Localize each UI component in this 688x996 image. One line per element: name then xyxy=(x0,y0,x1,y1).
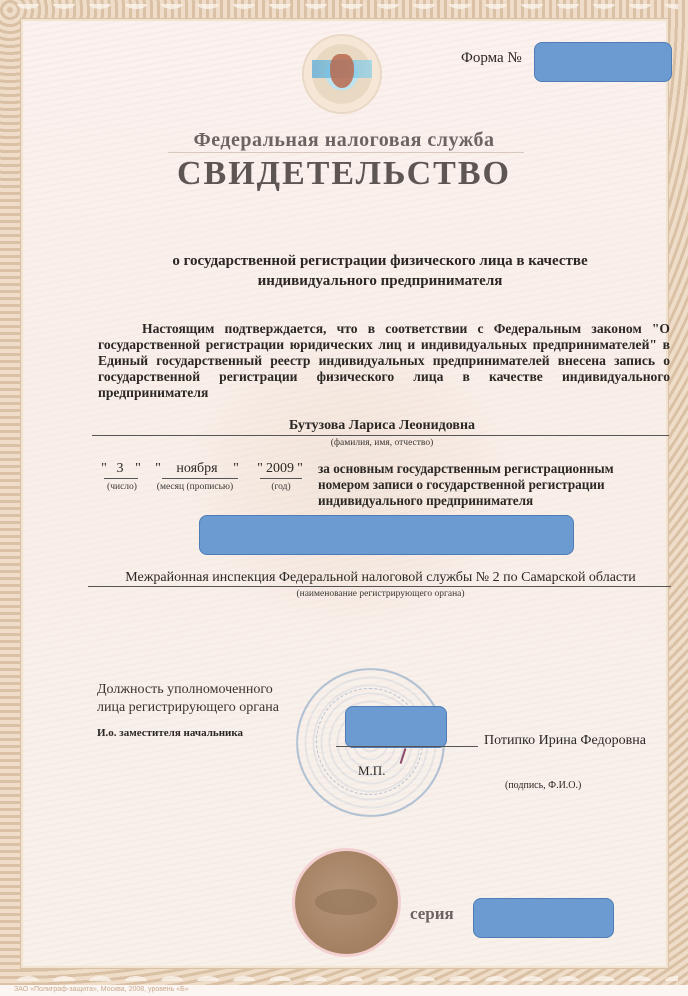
year-underline xyxy=(260,478,302,479)
date-year: 2009 xyxy=(262,461,298,477)
quote-open-month: " xyxy=(154,461,162,477)
year-caption: (год) xyxy=(260,482,302,492)
agency-name: Федеральная налоговая служба xyxy=(0,129,688,152)
series-label: серия xyxy=(410,904,454,924)
embossed-seal-icon xyxy=(295,851,398,954)
quote-close-day: " xyxy=(134,461,142,477)
signature-line xyxy=(336,746,478,747)
name-caption: (фамилия, имя, отчество) xyxy=(92,438,672,448)
quote-close-year: " xyxy=(296,461,304,477)
hologram-emblem-icon xyxy=(304,36,380,112)
document-title: СВИДЕТЕЛЬСТВО xyxy=(0,155,688,193)
day-caption: (число) xyxy=(98,482,146,492)
registration-number-text: за основным государственным регистрацион… xyxy=(318,461,648,509)
date-day: 3 xyxy=(106,461,134,477)
position-value: И.о. заместителя начальника xyxy=(97,727,243,739)
month-underline xyxy=(162,478,238,479)
printer-footer: ЗАО «Полиграф-защита», Москва, 2008, уро… xyxy=(14,986,189,993)
signature-redacted xyxy=(345,706,447,748)
statement-text: Настоящим подтверждается, что в соответс… xyxy=(98,321,670,401)
quote-close-month: " xyxy=(232,461,240,477)
border-scallop-bottom xyxy=(10,967,678,981)
organ-underline xyxy=(88,586,671,587)
agency-divider xyxy=(168,152,524,153)
day-underline xyxy=(104,478,138,479)
signer-name: Потипко Ирина Федоровна xyxy=(484,733,646,749)
organ-caption: (наименование регистрирующего органа) xyxy=(88,589,673,599)
double-headed-eagle-icon xyxy=(330,54,354,88)
border-scallop-top xyxy=(10,4,678,18)
series-redacted xyxy=(473,898,614,938)
position-label: Должность уполномоченного лица регистрир… xyxy=(97,681,279,717)
registration-number-redacted xyxy=(199,515,574,555)
form-number-label: Форма № xyxy=(461,50,522,67)
stamp-place-mark: М.П. xyxy=(358,763,385,779)
signature-caption: (подпись, Ф.И.О.) xyxy=(505,780,581,791)
person-full-name: Бутузова Лариса Леонидовна xyxy=(92,418,672,434)
date-month: ноября xyxy=(162,461,232,477)
registering-organ: Межрайонная инспекция Федеральной налого… xyxy=(88,570,673,586)
name-underline xyxy=(92,435,669,436)
month-caption: (месяц (прописью) xyxy=(148,482,242,492)
document-subtitle: о государственной регистрации физическог… xyxy=(100,251,660,291)
form-number-redacted xyxy=(534,42,672,82)
